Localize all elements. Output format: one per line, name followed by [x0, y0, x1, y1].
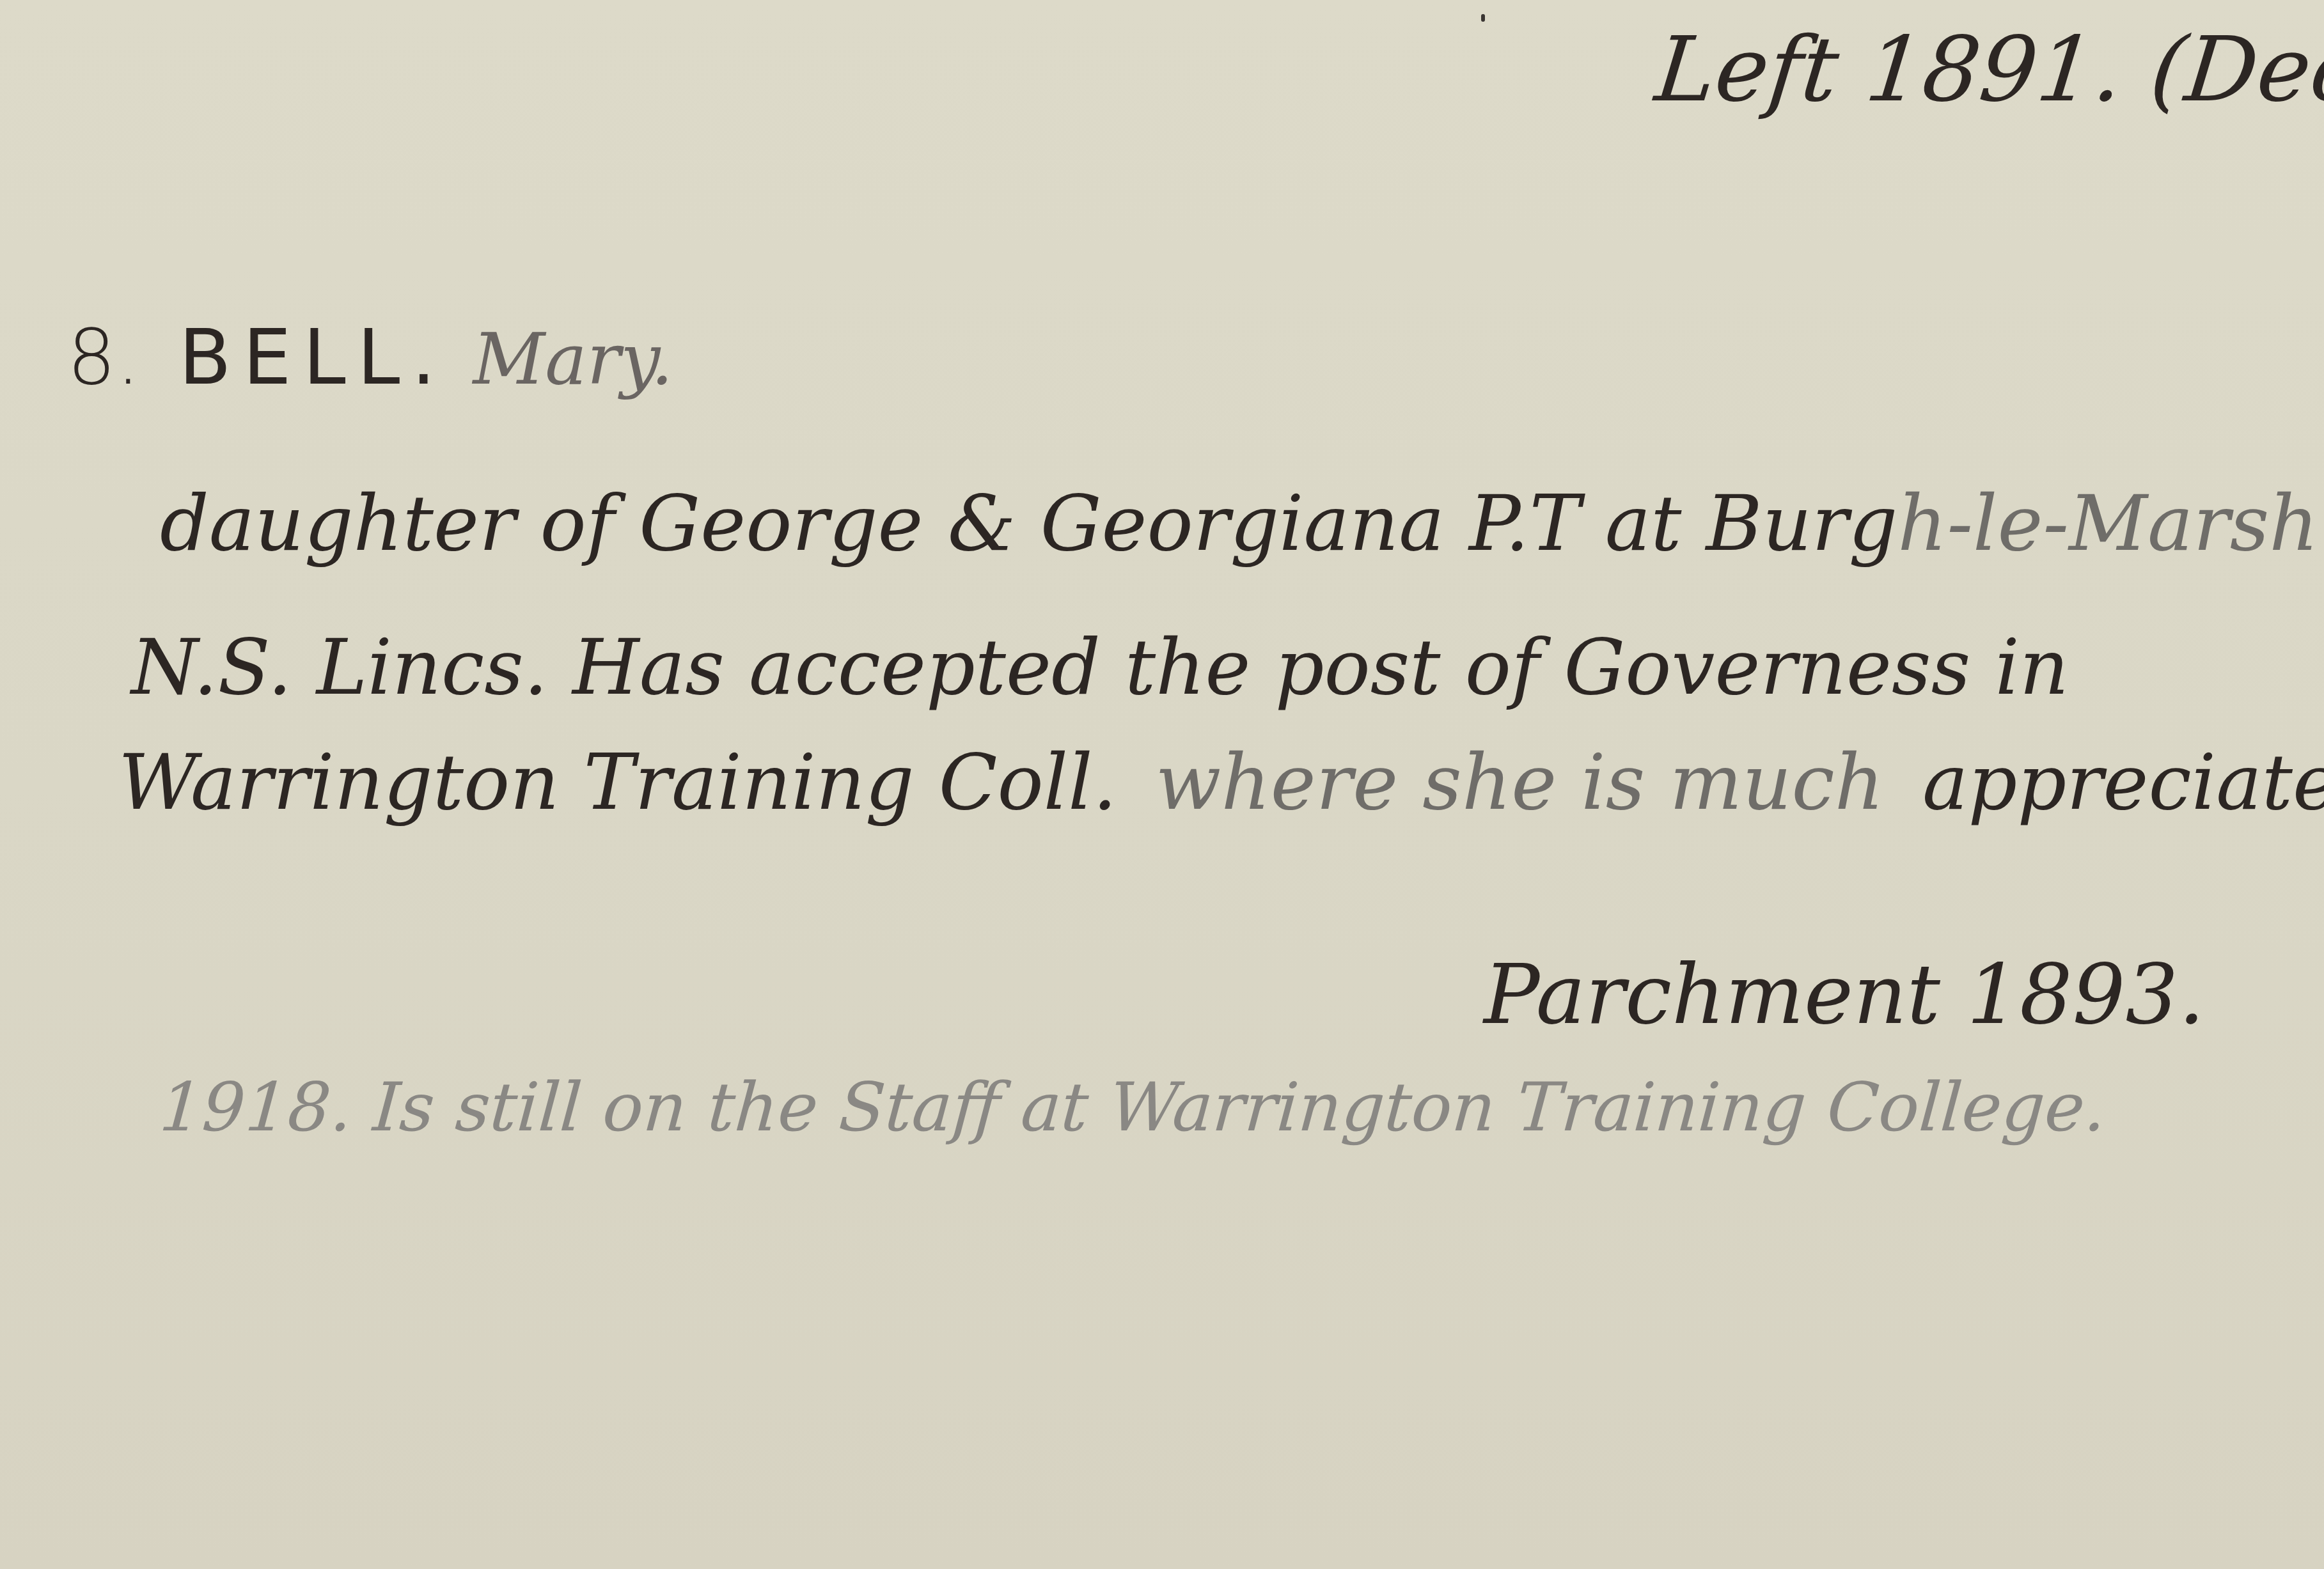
- entry-number: 8.: [67, 313, 141, 402]
- entry-line-3-dark-b: appreciated: [1922, 738, 2324, 827]
- later-note-1918: 1918. Is still on the Staff at Warringto…: [157, 1074, 2108, 1141]
- entry-line-3: Warrington Training Coll.where she is mu…: [118, 745, 2324, 822]
- entry-line-3-faint: where she is much: [1156, 738, 1884, 827]
- entry-forename: Mary.: [473, 318, 673, 400]
- entry-line-1: daughter of George & Georgiana P.T at Bu…: [160, 486, 2319, 563]
- register-page: Left 1891. (Dec). 8.BELL.Mary. daughter …: [0, 0, 2324, 1569]
- entry-line-1-faint: h-le-Marsh: [1897, 480, 2318, 568]
- ink-speck: [1481, 14, 1485, 22]
- entry-heading: 8.BELL.Mary.: [67, 320, 673, 396]
- entry-line-3-dark-a: Warrington Training Coll.: [118, 738, 1117, 827]
- parchment-note: Parchment 1893.: [1484, 953, 2204, 1036]
- entry-surname: BELL.: [179, 313, 448, 402]
- entry-line-2: N.S. Lincs. Has accepted the post of Gov…: [131, 630, 2069, 706]
- left-date-note: Left 1891. (Dec).: [1652, 26, 2324, 115]
- entry-line-2-text: N.S. Lincs. Has accepted the post of Gov…: [131, 623, 2069, 712]
- entry-line-1-dark: daughter of George & Georgiana P.T at Bu…: [160, 480, 1897, 568]
